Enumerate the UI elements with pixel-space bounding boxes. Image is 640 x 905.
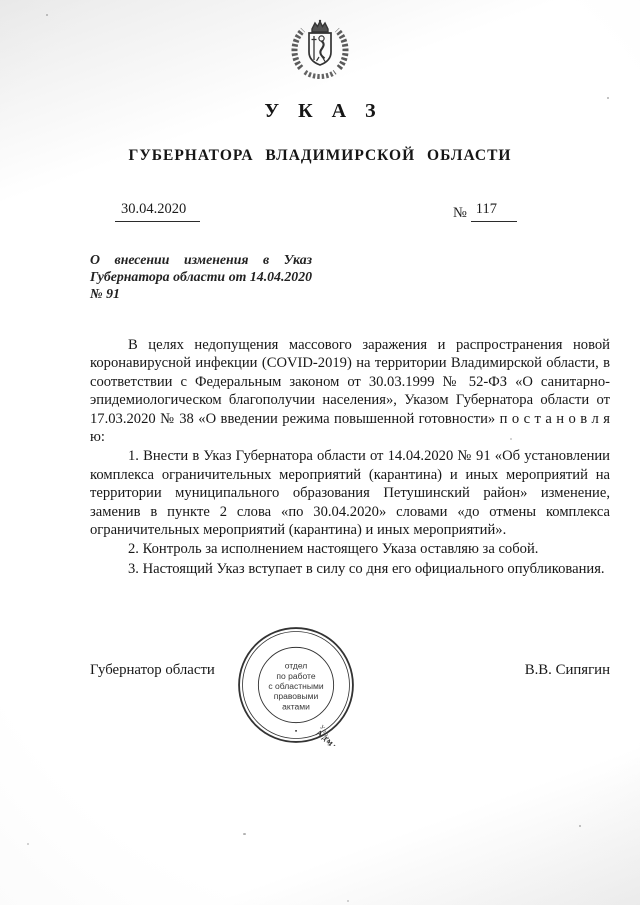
stamp-center-line: правовыми — [274, 691, 319, 701]
paragraph-item-3: 3. Настоящий Указ вступает в силу со дня… — [90, 560, 610, 578]
reference-row: 30.04.2020 № 117 — [115, 201, 517, 222]
document-date: 30.04.2020 — [115, 201, 200, 222]
stamp-center-line: актами — [282, 701, 310, 711]
scanned-decree-page: У К А З ГУБЕРНАТОРА ВЛАДИМИРСКОЙ ОБЛАСТИ… — [0, 0, 640, 905]
signature-name: В.В. Сипягин — [525, 662, 610, 679]
document-number: № 117 — [453, 201, 517, 222]
scan-speck — [607, 97, 609, 99]
document-authority-title: ГУБЕРНАТОРА ВЛАДИМИРСКОЙ ОБЛАСТИ — [0, 147, 640, 165]
document-type-title: У К А З — [0, 100, 640, 123]
scan-speck — [510, 438, 512, 440]
paragraph-preamble: В целях недопущения массового заражения … — [90, 336, 610, 446]
scan-speck — [27, 843, 29, 845]
scan-speck — [579, 825, 581, 827]
paragraph-item-1: 1. Внести в Указ Губернатора области от … — [90, 447, 610, 539]
number-value: 117 — [471, 201, 517, 222]
official-stamp-icon: Администрация Владимирской области Управ… — [235, 624, 357, 746]
scan-speck — [347, 900, 349, 902]
subject-line: Губернатора области от 14.04.2020 — [90, 268, 312, 285]
stamp-bottom-mark: ▪ — [295, 728, 297, 735]
scan-speck — [243, 833, 246, 835]
stamp-center-line: отдел — [285, 661, 308, 671]
stamp-center-line: по работе — [276, 671, 315, 681]
subject-line: О внесении изменения в Указ — [90, 251, 312, 268]
document-body: В целях недопущения массового заражения … — [90, 336, 610, 579]
scan-speck — [46, 14, 48, 16]
stamp-center-line: с областными — [268, 681, 323, 691]
subject-annotation: О внесении изменения в Указ Губернатора … — [90, 251, 312, 303]
paragraph-item-2: 2. Контроль за исполнением настоящего Ук… — [90, 540, 610, 558]
signature-position: Губернатор области — [90, 662, 215, 679]
coat-of-arms-icon — [286, 17, 354, 81]
subject-line: № 91 — [90, 285, 312, 302]
number-sign: № — [453, 205, 467, 222]
